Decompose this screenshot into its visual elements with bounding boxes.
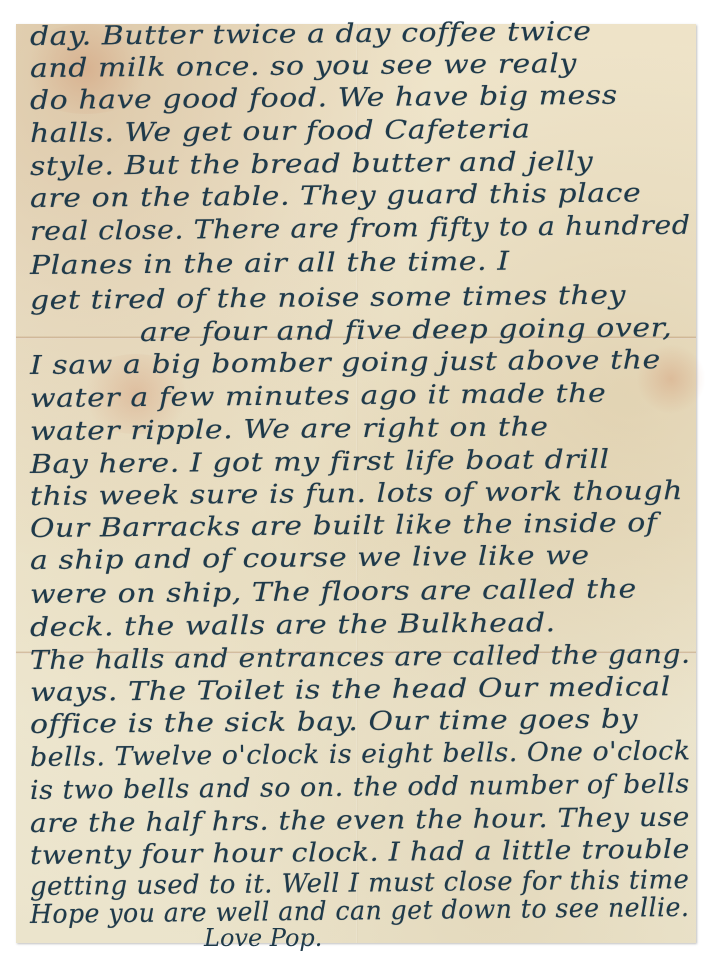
- text-line: day. Butter twice a day coffee twice: [30, 17, 592, 52]
- text-line: were on ship, The floors are called the: [30, 574, 637, 610]
- text-line: Our Barracks are built like the inside o…: [30, 508, 658, 544]
- text-line: is two bells and so on. the odd number o…: [30, 769, 690, 806]
- text-line: are on the table. They guard this place: [30, 178, 642, 214]
- text-line: a ship and of course we live like we: [30, 541, 590, 576]
- text-line: deck. the walls are the Bulkhead.: [30, 608, 556, 643]
- text-line: bells. Twelve o'clock is eight bells. On…: [30, 736, 691, 773]
- text-line: office is the sick bay. Our time goes by: [30, 704, 638, 740]
- text-line: style. But the bread butter and jelly: [30, 147, 594, 182]
- text-line: ways. The Toilet is the head Our medical: [30, 672, 671, 708]
- text-line: do have good food. We have big mess: [30, 81, 618, 116]
- letter-page: day. Butter twice a day coffee twice and…: [16, 24, 696, 943]
- text-line: and milk once. so you see we realy: [30, 49, 577, 84]
- text-line: Bay here. I got my first life boat drill: [30, 445, 610, 480]
- text-line: water ripple. We are right on the: [30, 412, 549, 447]
- text-line: water a few minutes ago it made the: [30, 379, 607, 414]
- text-line: Hope you are well and can get down to se…: [30, 893, 690, 930]
- signature: Love Pop.: [204, 924, 322, 952]
- text-line: real close. There are from fifty to a hu…: [30, 211, 691, 247]
- text-line: are the half hrs. the even the hour. The…: [30, 803, 690, 839]
- text-line: are four and five deep going over,: [140, 313, 673, 348]
- text-line: this week sure is fun. lots of work thou…: [30, 476, 683, 512]
- text-line: get tired of the noise some times they: [30, 281, 626, 316]
- text-line: I saw a big bomber going just above the: [30, 345, 661, 381]
- text-line: The halls and entrances are called the g…: [30, 640, 691, 676]
- text-line: Planes in the air all the time. I: [30, 247, 510, 281]
- text-line: halls. We get our food Cafeteria: [30, 114, 531, 149]
